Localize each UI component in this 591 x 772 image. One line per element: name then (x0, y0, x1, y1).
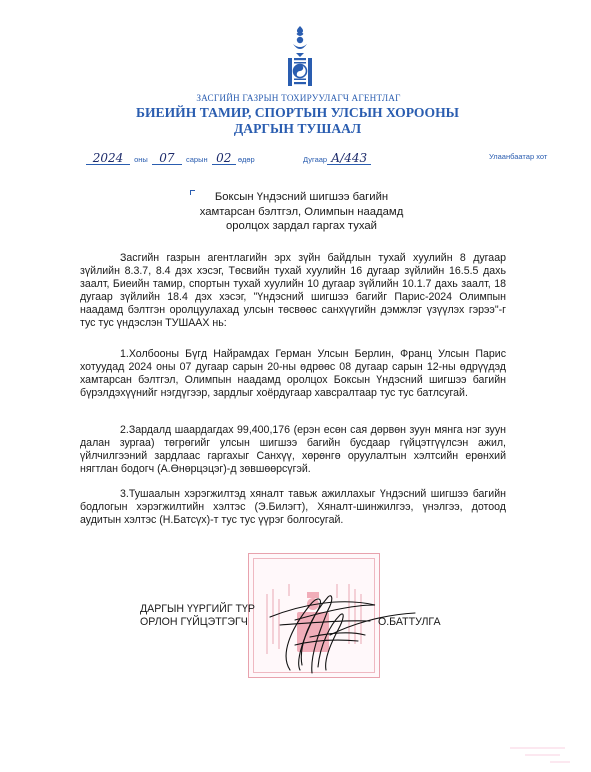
signatory-title-line-2: ОРЛОН ГҮЙЦЭТГЭГЧ (140, 616, 255, 629)
order-title: ДАРГЫН ТУШААЛ (4, 121, 591, 137)
order-item-text: 2.Зардалд шаардагдах 99,400,176 (ерэн ес… (80, 424, 506, 476)
dateline: 2024 оны 07 сарын 02 өдөр ДугаарА/443 Ул… (0, 152, 591, 172)
agency-name: ЗАСГИЙН ГАЗРЫН ТОХИРУУЛАГЧ АГЕНТЛАГ (6, 92, 591, 104)
soyombo-emblem-icon (278, 26, 322, 88)
faint-received-stamp-icon (490, 738, 580, 768)
order-item-text: 1.Холбооны Бүгд Найрамдах Герман Улсын Б… (80, 348, 506, 400)
signatory-title: ДАРГЫН ҮҮРГИЙГ ТҮР ОРЛОН ГҮЙЦЭТГЭГЧ (140, 603, 255, 628)
year-label: оны (134, 155, 148, 164)
date-year: 2024 (86, 152, 130, 165)
date-day: 02 (212, 152, 236, 165)
date-month: 07 (152, 152, 182, 165)
order-item-3: 3.Тушаалын хэрэгжилтэд хяналт тавьж ажил… (80, 488, 506, 527)
handwritten-signature-icon (240, 575, 420, 685)
document-header: ЗАСГИЙН ГАЗРЫН ТОХИРУУЛАГЧ АГЕНТЛАГ БИЕИ… (0, 92, 591, 137)
order-number-field: ДугаарА/443 (303, 152, 371, 165)
day-label: өдөр (238, 155, 255, 164)
order-number: А/443 (327, 152, 371, 165)
subject-line-2: хамтарсан бэлтгэл, Олимпын наадамд (12, 205, 591, 220)
signatory-title-line-1: ДАРГЫН ҮҮРГИЙГ ТҮР (140, 603, 255, 616)
intro-text: Засгийн газрын агентлагийн эрх зүйн байд… (80, 252, 506, 331)
intro-paragraph: Засгийн газрын агентлагийн эрх зүйн байд… (80, 252, 506, 331)
document-page: ЗАСГИЙН ГАЗРЫН ТОХИРУУЛАГЧ АГЕНТЛАГ БИЕИ… (0, 0, 591, 772)
month-label: сарын (186, 155, 208, 164)
order-item-1: 1.Холбооны Бүгд Найрамдах Герман Улсын Б… (80, 348, 506, 400)
order-item-text: 3.Тушаалын хэрэгжилтэд хяналт тавьж ажил… (80, 488, 506, 527)
order-item-2: 2.Зардалд шаардагдах 99,400,176 (ерэн ес… (80, 424, 506, 476)
city: Улаанбаатар хот (489, 152, 547, 161)
subject: Боксын Үндэсний шигшээ багийн хамтарсан … (0, 190, 591, 234)
date-field: 2024 оны 07 сарын 02 өдөр (86, 152, 257, 165)
committee-name: БИЕИЙН ТАМИР, СПОРТЫН УЛСЫН ХОРООНЫ (4, 105, 591, 121)
subject-line-3: оролцох зардал гаргах тухай (12, 219, 591, 234)
subject-line-1: Боксын Үндэсний шигшээ багийн (12, 190, 591, 205)
number-label: Дугаар (303, 155, 327, 164)
